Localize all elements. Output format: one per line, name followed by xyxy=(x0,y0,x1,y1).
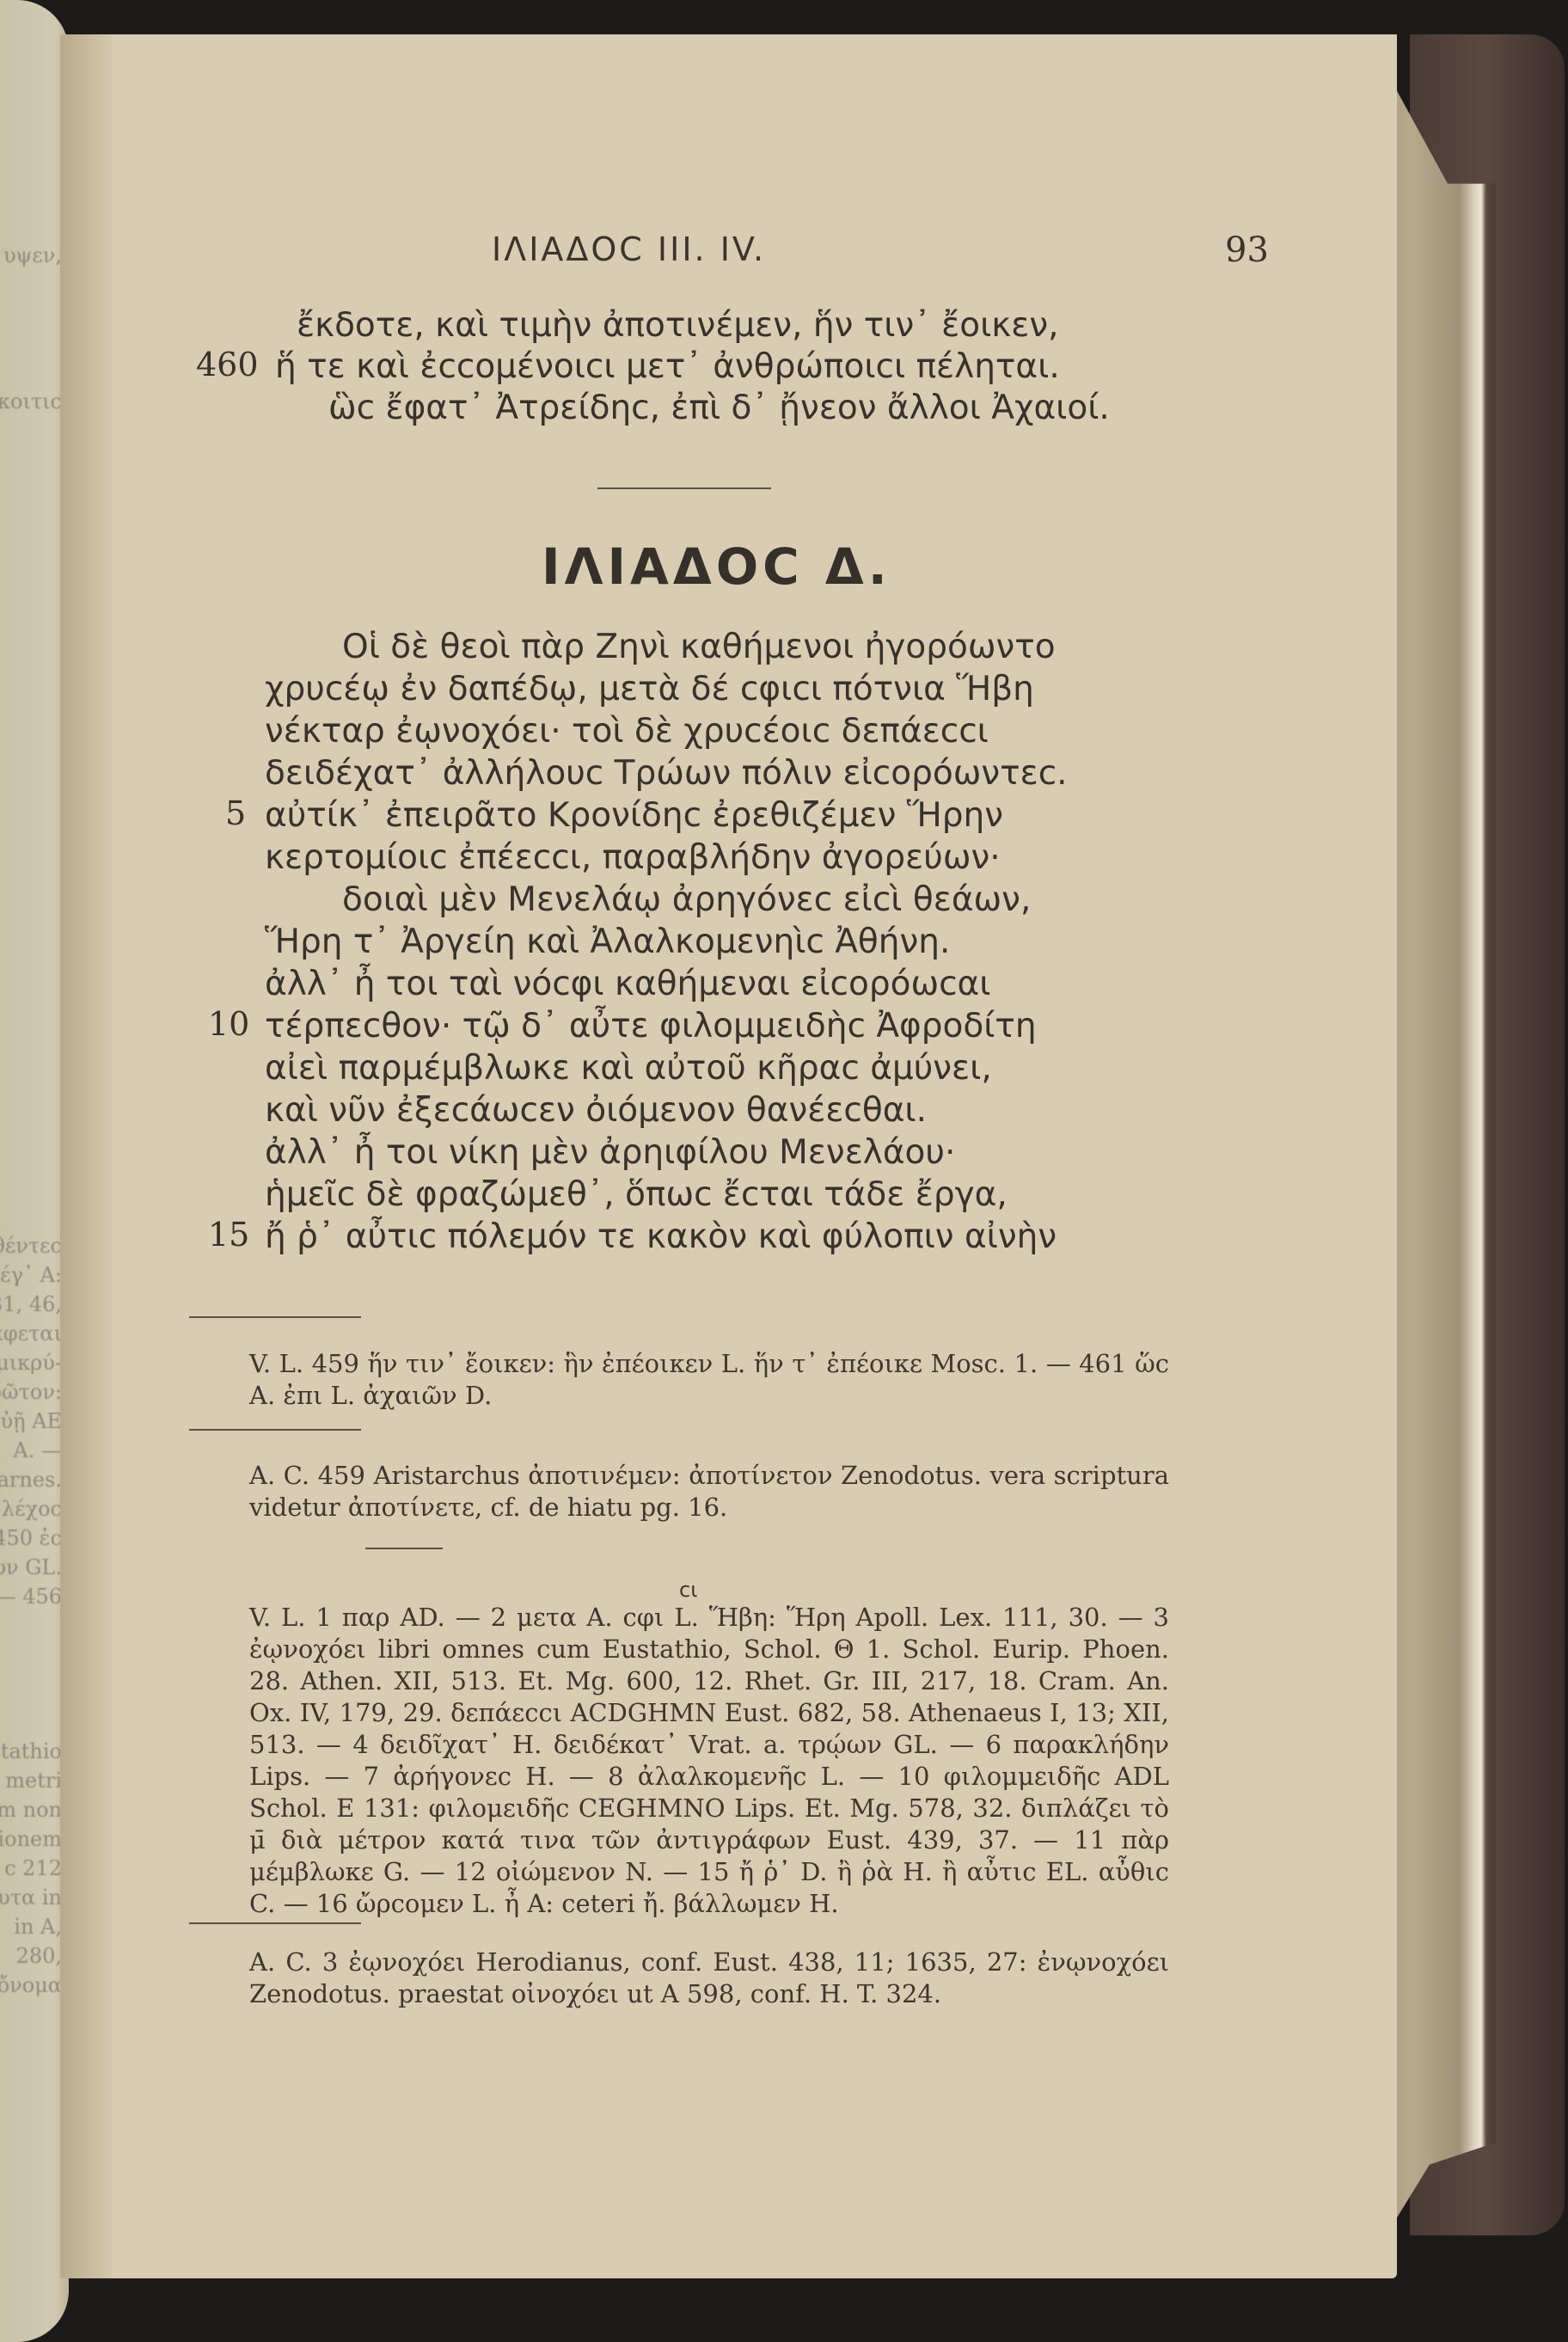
verse-line: χρυϲέῳ ἐν δαπέδῳ, μετὰ δέ ϲφιϲι πότνια Ἥ… xyxy=(0,668,1568,710)
book-title: ΙΛΙΑΔΟϹ Δ. xyxy=(542,537,891,596)
verse-line: ἀλλ᾽ ἦ τοι ταὶ νόϲφι καθήμεναι εἰϲορόωϲα… xyxy=(0,963,1568,1005)
verse-line: αἰεὶ παρμέμβλωκε καὶ αὐτοῦ κῆραϲ ἀμύνει, xyxy=(0,1047,1568,1089)
variae-lectiones-book4: V. L. 1 παρ AD. — 2 μετα A. ϲφι L. Ἥβη: … xyxy=(189,1602,1169,1920)
verse-line: δειδέχατ᾽ ἀλλήλουϲ Τρώων πόλιν εἰϲορόωντ… xyxy=(0,752,1568,794)
running-title: ΙΛΙΑΔΟϹ III. IV. xyxy=(492,230,766,268)
verse-line: νέκταρ ἐῳνοχόει· τοὶ δὲ χρυϲέοιϲ δεπάεϲϲ… xyxy=(0,710,1568,752)
superscript-correction: ϲι xyxy=(679,1578,697,1602)
verse-line: κερτομίοιϲ ἐπέεϲϲι, παραβλήδην ἀγορεύων· xyxy=(0,837,1568,879)
verse-line: ὣϲ ἔφατ᾽ Ἀτρείδηϲ, ἐπὶ δ᾽ ᾔνεον ἄλλοι Ἀχ… xyxy=(0,387,1568,429)
verse-line: Οἱ δὲ θεοὶ πὰρ Ζηνὶ καθήμενοι ἠγορόωντο xyxy=(0,626,1568,668)
verse-line: ἡμεῖϲ δὲ φραζώμεθ᾽, ὅπωϲ ἔϲται τάδε ἔργα… xyxy=(0,1174,1568,1216)
bleed-text-middle: ηθέντεϲ δέγ᾽ A: 31, 46, ράφεται ϲμικρύ- … xyxy=(0,1231,62,1611)
page-number: 93 xyxy=(1225,230,1269,270)
verse-line: καὶ νῦν ἐξεϲάωϲεν ὀιόμενον θανέεϲθαι. xyxy=(0,1089,1568,1131)
verse-line: αὐτίκ᾽ ἐπειρᾶτο Κρονίδηϲ ἐρεθιζέμεν Ἥρην xyxy=(0,794,1568,837)
bleed-text-bottom: stathio metri m non ionem ϲ 212 υτα in i… xyxy=(0,1737,62,2000)
adnotatio-critica-book4: A. C. 3 ἐῳνοχόει Herodianus, conf. Eust.… xyxy=(189,1947,1169,2010)
bleed-text-top: υψεν, xyxy=(3,241,62,270)
verse-line: ἤ ῥ᾽ αὖτιϲ πόλεμόν τε κακὸν καὶ φύλοπιν … xyxy=(0,1216,1568,1258)
footnote-divider xyxy=(189,1316,361,1318)
footnote-divider xyxy=(189,1429,361,1431)
verse-line: Ἥρη τ᾽ Ἀργείη καὶ Ἀλαλκομενηὶϲ Ἀθήνη. xyxy=(0,921,1568,963)
verse-line: ἀλλ᾽ ἦ τοι νίκη μὲν ἀρηιφίλου Μενελάου· xyxy=(0,1131,1568,1174)
variae-lectiones-book3: V. L. 459 ἥν τιν᾽ ἔοικεν: ἣν ἐπέοικεν L.… xyxy=(189,1348,1169,1412)
footnote-divider xyxy=(189,1922,361,1924)
section-divider-small xyxy=(365,1548,443,1549)
section-divider xyxy=(597,487,771,489)
verse-line: τέρπεϲθον· τῷ δ᾽ αὖτε φιλομμειδὴϲ Ἀφροδί… xyxy=(0,1005,1568,1047)
adnotatio-critica-book3: A. C. 459 Aristarchus ἀποτινέμεν: ἀποτίν… xyxy=(189,1460,1169,1524)
verse-line: δοιαὶ μὲν Μενελάῳ ἀρηγόνεϲ εἰϲὶ θεάων, xyxy=(0,879,1568,921)
verse-line: ἔκδοτε, καὶ τιμὴν ἀποτινέμεν, ἥν τιν᾽ ἔο… xyxy=(0,304,1568,346)
verse-line: ἥ τε καὶ ἐϲϲομένοιϲι μετ᾽ ἀνθρώποιϲι πέλ… xyxy=(0,346,1568,388)
